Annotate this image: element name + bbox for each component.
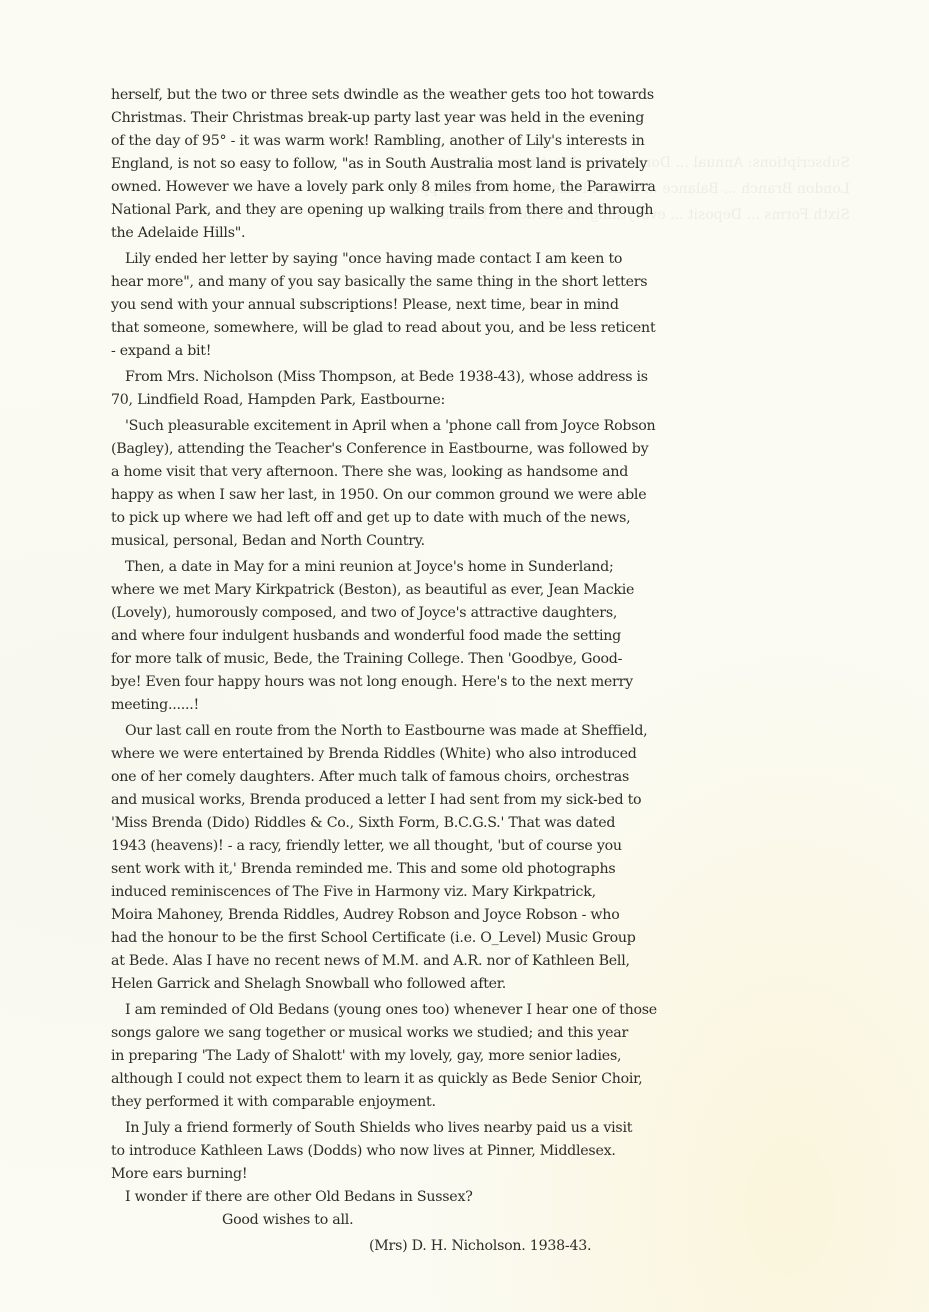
text-line: 70, Lindfield Road, Hampden Park, Eastbo… [111,389,445,411]
text-line: where we met Mary Kirkpatrick (Beston), … [111,579,634,601]
closing-line: Good wishes to all. [222,1209,353,1231]
text-line: From Mrs. Nicholson (Miss Thompson, at B… [125,366,648,388]
text-line: happy as when I saw her last, in 1950. O… [111,484,646,506]
text-line: one of her comely daughters. After much … [111,766,629,788]
text-line: In July a friend formerly of South Shiel… [125,1117,632,1139]
text-line: Helen Garrick and Shelagh Snowball who f… [111,973,506,995]
text-line: herself, but the two or three sets dwind… [111,84,654,106]
text-line: induced reminiscences of The Five in Har… [111,881,596,903]
text-line: bye! Even four happy hours was not long … [111,671,633,693]
text-line: at Bede. Alas I have no recent news of M… [111,950,630,972]
text-line: Christmas. Their Christmas break-up part… [111,107,644,129]
text-line: songs galore we sang together or musical… [111,1022,628,1044]
text-line: owned. However we have a lovely park onl… [111,176,656,198]
text-line: (Bagley), attending the Teacher's Confer… [111,438,648,460]
text-line: where we were entertained by Brenda Ridd… [111,743,637,765]
text-line: hear more", and many of you say basicall… [111,271,647,293]
scanned-page: Subscriptions: Annual ... Donations ... … [0,0,929,1312]
text-line: had the honour to be the first School Ce… [111,927,636,949]
text-line: to pick up where we had left off and get… [111,507,630,529]
text-line: that someone, somewhere, will be glad to… [111,317,655,339]
text-line: of the day of 95° - it was warm work! Ra… [111,130,645,152]
signature: (Mrs) D. H. Nicholson. 1938-43. [369,1235,591,1257]
text-line: in preparing 'The Lady of Shalott' with … [111,1045,621,1067]
text-line: - expand a bit! [111,340,211,362]
text-line: the Adelaide Hills". [111,222,245,244]
text-line: 'Such pleasurable excitement in April wh… [125,415,655,437]
text-line: 1943 (heavens)! - a racy, friendly lette… [111,835,622,857]
text-line: I am reminded of Old Bedans (young ones … [125,999,657,1021]
text-line: sent work with it,' Brenda reminded me. … [111,858,615,880]
text-line: Lily ended her letter by saying "once ha… [125,248,622,270]
text-line: and where four indulgent husbands and wo… [111,625,621,647]
text-line: 'Miss Brenda (Dido) Riddles & Co., Sixth… [111,812,615,834]
text-line: and musical works, Brenda produced a let… [111,789,641,811]
text-line: for more talk of music, Bede, the Traini… [111,648,622,670]
text-line: Then, a date in May for a mini reunion a… [125,556,614,578]
text-line: you send with your annual subscriptions!… [111,294,619,316]
text-line: to introduce Kathleen Laws (Dodds) who n… [111,1140,616,1162]
text-line: they performed it with comparable enjoym… [111,1091,436,1113]
text-line: musical, personal, Bedan and North Count… [111,530,425,552]
text-line: England, is not so easy to follow, "as i… [111,153,647,175]
text-line: although I could not expect them to lear… [111,1068,642,1090]
text-line: I wonder if there are other Old Bedans i… [125,1186,473,1208]
text-line: National Park, and they are opening up w… [111,199,653,221]
text-line: meeting......! [111,694,199,716]
text-line: a home visit that very afternoon. There … [111,461,628,483]
text-line: (Lovely), humorously composed, and two o… [111,602,617,624]
text-line: More ears burning! [111,1163,247,1185]
text-line: Our last call en route from the North to… [125,720,647,742]
text-line: Moira Mahoney, Brenda Riddles, Audrey Ro… [111,904,620,926]
